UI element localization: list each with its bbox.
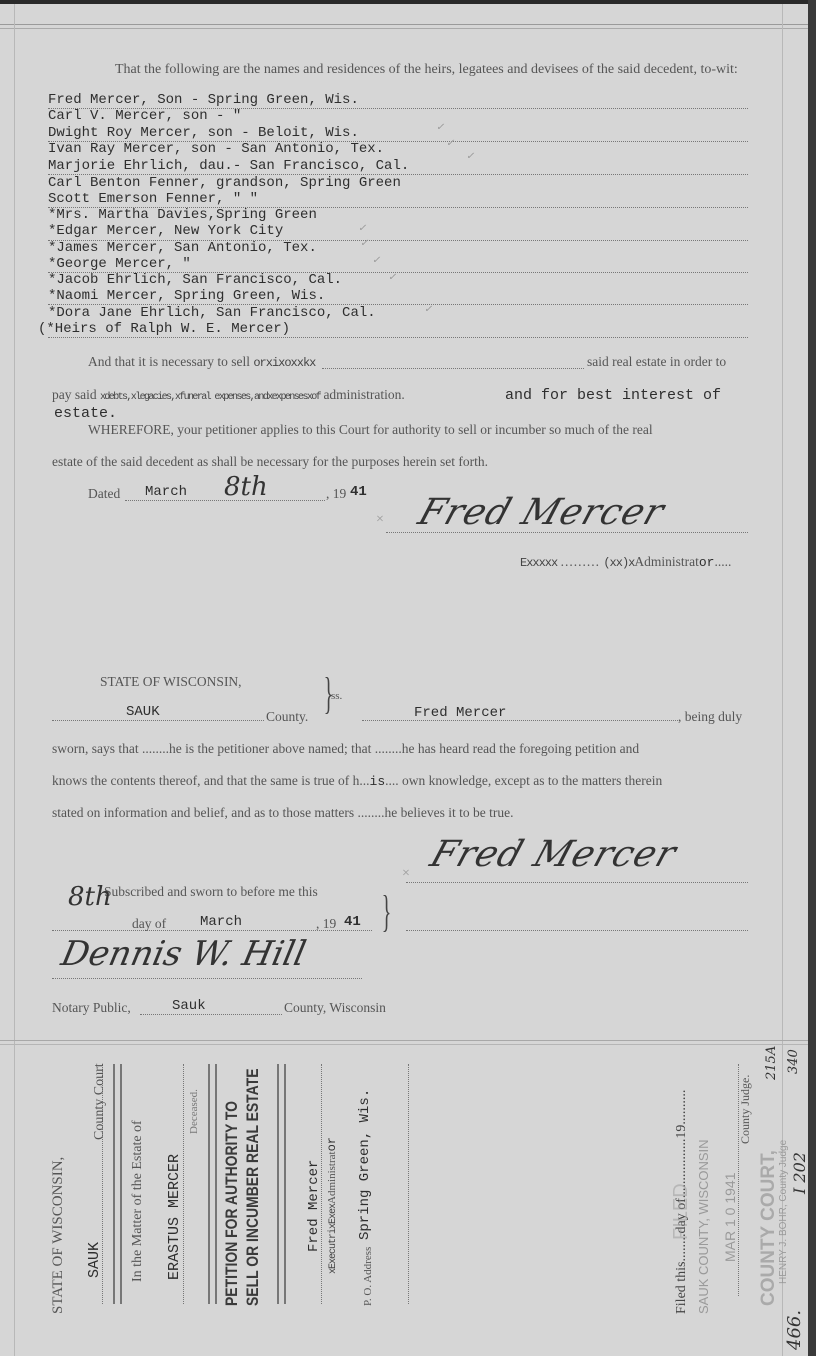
ruled-line xyxy=(406,930,748,931)
sell-clause-end: said real estate in order to xyxy=(587,354,726,370)
administrator-title: Exxxxx ......... (xx)xAdministrator..... xyxy=(520,554,731,570)
back-admin: xExecutrixExexAdministrator xyxy=(325,1137,339,1274)
heir-line: Ivan Ray Mercer, son - San Antonio, Tex. xyxy=(48,141,384,157)
scan-edge xyxy=(808,0,816,1356)
petitioner-signature: Fred Mercer xyxy=(413,492,669,533)
ruled-line xyxy=(48,337,748,338)
affidavit-state: STATE OF WISCONSIN, xyxy=(100,674,242,690)
handwritten-number: I 202 xyxy=(790,1152,809,1194)
double-rule xyxy=(208,1064,217,1304)
matter-label: In the Matter of the Estate of xyxy=(130,1120,146,1282)
wherefore-clause: WHEREFORE, your petitioner applies to th… xyxy=(88,422,653,438)
ruled-line xyxy=(48,272,748,273)
heir-line: Fred Mercer, Son - Spring Green, Wis. xyxy=(48,92,359,108)
filed-stamp: FILED xyxy=(670,1183,693,1240)
dated-day-handwritten: 8th xyxy=(224,472,268,502)
day-of-label: day of xyxy=(132,916,166,932)
signature-mark: × xyxy=(376,512,384,528)
dated-year-prefix: , 19 xyxy=(326,486,346,502)
ruled-line xyxy=(321,1064,322,1304)
heir-line: Carl V. Mercer, son - " xyxy=(48,108,241,124)
ruled-line xyxy=(183,1064,184,1304)
double-rule xyxy=(277,1064,286,1304)
affidavit-text: sworn, says that ........he is the petit… xyxy=(52,741,639,757)
ruled-line xyxy=(322,368,584,369)
typed-addition: and for best interest of xyxy=(505,387,721,404)
heir-line: *Mrs. Martha Davies,Spring Green xyxy=(48,207,317,223)
pay-clause: pay said xdebts,xlegacies,xfuneral expen… xyxy=(52,387,405,403)
dated-label: Dated xyxy=(88,486,120,502)
heir-line: *George Mercer, " xyxy=(48,256,191,272)
struck-text: orxixoxxkx xyxy=(253,356,315,370)
document-page: That the following are the names and res… xyxy=(0,4,808,1356)
jurat-year: 41 xyxy=(344,914,361,930)
affiant-signature: Fred Mercer xyxy=(425,834,681,875)
back-cover-panel: STATE OF WISCONSIN, SAUK County Court In… xyxy=(0,1044,808,1356)
heir-line: *Jacob Ehrlich, San Francisco, Cal. xyxy=(48,272,342,288)
check-mark: ✓ xyxy=(358,223,366,234)
ruled-line xyxy=(52,720,264,721)
handwritten-number: 466. xyxy=(784,1310,805,1350)
being-duly: , being duly xyxy=(678,709,742,725)
back-county: SAUK xyxy=(86,1242,103,1278)
brace: } xyxy=(382,886,392,937)
ss-label: ss. xyxy=(331,690,342,702)
ruled-line xyxy=(140,1014,282,1015)
check-mark: ✓ xyxy=(388,272,396,283)
notary-signature: Dennis W. Hill xyxy=(58,934,310,974)
stamp-date: MAR 1 0 1941 xyxy=(722,1173,738,1263)
ruled-line xyxy=(48,108,748,109)
stamp-court: COUNTY COURT, xyxy=(758,1150,780,1306)
stamp-county: SAUK COUNTY, WISCONSIN xyxy=(696,1139,711,1314)
check-mark: ✓ xyxy=(424,304,432,315)
jurat-year-prefix: , 19 xyxy=(316,916,336,932)
heir-line: Marjorie Ehrlich, dau.- San Francisco, C… xyxy=(48,158,409,174)
jurat-month: March xyxy=(200,914,242,930)
check-mark: ✓ xyxy=(436,122,444,133)
notary-county: Sauk xyxy=(172,998,206,1014)
county-label: County. xyxy=(266,709,308,725)
ruled-line xyxy=(408,1064,409,1304)
jurat-day-handwritten: 8th xyxy=(68,882,112,912)
jurat-text: Subscribed and sworn to before me this xyxy=(104,884,318,900)
signature-line xyxy=(386,532,748,533)
fold-line-top xyxy=(0,24,808,29)
heir-line: *James Mercer, San Antonio, Tex. xyxy=(48,240,317,256)
ruled-line xyxy=(362,720,678,721)
heir-line: (*Heirs of Ralph W. E. Mercer) xyxy=(38,321,290,337)
notary-label: Notary Public, xyxy=(52,1000,131,1016)
heir-line: *Edgar Mercer, New York City xyxy=(48,223,283,239)
court-label: County Court xyxy=(92,1063,108,1140)
deceased-label: Deceased. xyxy=(188,1089,200,1134)
ruled-line xyxy=(48,207,748,208)
ruled-line xyxy=(48,240,748,241)
check-mark: ✓ xyxy=(446,138,454,149)
heir-line: Scott Emerson Fenner, " " xyxy=(48,191,258,207)
typed-addition: estate. xyxy=(54,405,117,422)
back-title: PETITION FOR AUTHORITY TO xyxy=(222,1101,242,1306)
ruled-line xyxy=(52,978,362,979)
affidavit-county: SAUK xyxy=(126,704,160,720)
signature-mark: × xyxy=(402,866,410,882)
double-rule xyxy=(113,1064,122,1304)
stamp-judge: HENRY J. BOHR, County Judge xyxy=(778,1140,789,1284)
back-petitioner: Fred Mercer xyxy=(306,1160,322,1252)
back-title: SELL OR INCUMBER REAL ESTATE xyxy=(243,1068,263,1306)
heir-line: *Dora Jane Ehrlich, San Francisco, Cal. xyxy=(48,305,376,321)
heirs-intro: That the following are the names and res… xyxy=(115,62,738,78)
dated-year: 41 xyxy=(350,484,367,500)
ruled-line xyxy=(48,304,748,305)
po-label: P. O. Address xyxy=(362,1247,374,1306)
handwritten-number: 340 xyxy=(786,1049,801,1074)
dated-month: March xyxy=(145,484,187,500)
heir-line: Dwight Roy Mercer, son - Beloit, Wis. xyxy=(48,125,359,141)
back-state: STATE OF WISCONSIN, xyxy=(50,1157,67,1314)
signature-line xyxy=(406,882,748,883)
check-mark: ✓ xyxy=(466,151,474,162)
po-value: Spring Green, Wis. xyxy=(357,1089,373,1240)
judge-label: County Judge. xyxy=(738,1075,753,1144)
struck-text: xdebts,xlegacies,xfuneral expenses,andxe… xyxy=(100,392,320,403)
sell-clause: And that it is necessary to sell orxixox… xyxy=(88,354,315,370)
heir-line: *Naomi Mercer, Spring Green, Wis. xyxy=(48,288,325,304)
heir-line: Carl Benton Fenner, grandson, Spring Gre… xyxy=(48,175,401,191)
check-mark: ✓ xyxy=(360,238,368,249)
handwritten-number: 215A xyxy=(764,1046,779,1080)
decedent-name: ERASTUS MERCER xyxy=(166,1154,183,1280)
affidavit-text: knows the contents thereof, and that the… xyxy=(52,773,662,789)
ruled-line xyxy=(48,174,748,175)
wherefore-clause: estate of the said decedent as shall be … xyxy=(52,454,488,470)
check-mark: ✓ xyxy=(372,255,380,266)
ruled-line xyxy=(48,141,748,142)
notary-suffix: County, Wisconsin xyxy=(284,1000,386,1016)
affidavit-text: stated on information and belief, and as… xyxy=(52,805,514,821)
affiant-name: Fred Mercer xyxy=(414,705,506,721)
